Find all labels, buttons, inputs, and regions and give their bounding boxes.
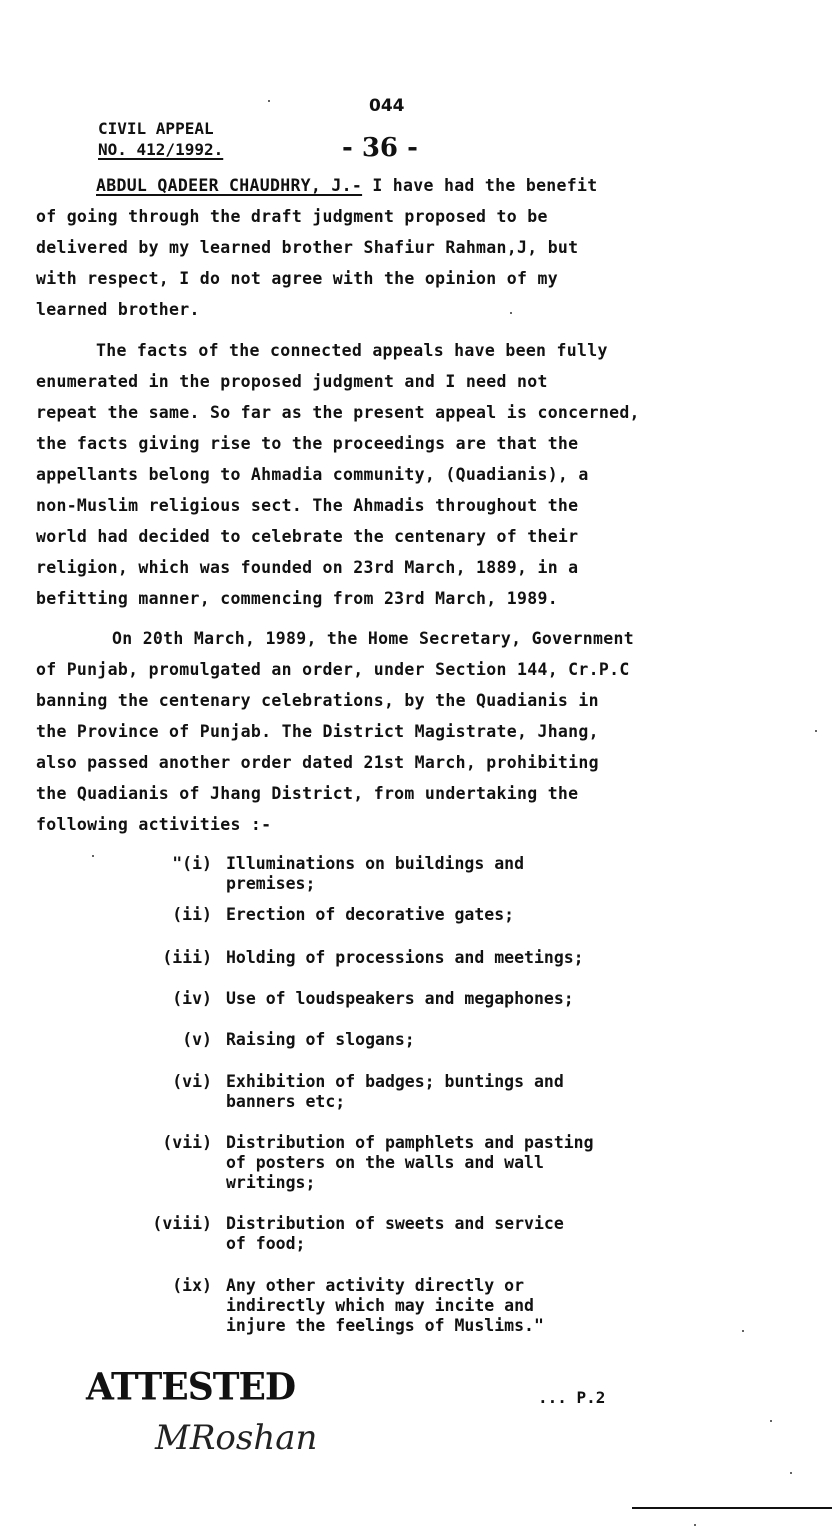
activity-text: Exhibition of badges; buntings and banne… [226, 1072, 564, 1112]
para2-line-6: non-Muslim religious sect. The Ahmadis t… [36, 496, 578, 515]
activity-number: (vii) [132, 1133, 212, 1152]
activity-text: Distribution of pamphlets and pasting of… [226, 1133, 594, 1193]
stamp-number: 044 [369, 96, 405, 116]
continuation-marker: ... P.2 [538, 1388, 605, 1407]
para3-line-2: of Punjab, promulgated an order, under S… [36, 660, 630, 679]
activity-number: (ii) [132, 905, 212, 924]
para3-line-4: the Province of Punjab. The District Mag… [36, 722, 599, 741]
activity-number: (viii) [132, 1214, 212, 1233]
para2-line-7: world had decided to celebrate the cente… [36, 527, 578, 546]
para3-line-1: On 20th March, 1989, the Home Secretary,… [112, 629, 634, 648]
document-page: 044 CIVIL APPEAL NO. 412/1992. - 36 - AB… [0, 0, 840, 1540]
activity-number: (vi) [132, 1072, 212, 1091]
activity-number: (iii) [132, 948, 212, 967]
opening-line-3: delivered by my learned brother Shafiur … [36, 238, 578, 257]
signature: MRoshan [155, 1418, 317, 1458]
para3-line-6: the Quadianis of Jhang District, from un… [36, 784, 578, 803]
activity-text: Any other activity directly or indirectl… [226, 1276, 544, 1336]
case-label-line2: NO. 412/1992. [98, 140, 223, 160]
activity-number: (iv) [132, 989, 212, 1008]
para3-line-5: also passed another order dated 21st Mar… [36, 753, 599, 772]
para3-line-7: following activities :- [36, 815, 271, 834]
scan-speck [742, 1330, 744, 1332]
page-number: - 36 - [342, 133, 418, 163]
scan-speck [815, 730, 817, 732]
scan-speck [694, 1524, 696, 1526]
para2-line-2: enumerated in the proposed judgment and … [36, 372, 548, 391]
para3-line-3: banning the centenary celebrations, by t… [36, 691, 599, 710]
para2-line-3: repeat the same. So far as the present a… [36, 403, 640, 422]
activity-text: Erection of decorative gates; [226, 905, 514, 925]
scan-rule [632, 1507, 832, 1509]
para2-line-1: The facts of the connected appeals have … [96, 341, 608, 360]
opening-line-5: learned brother. [36, 300, 200, 319]
activity-text: Use of loudspeakers and megaphones; [226, 989, 574, 1009]
activity-text: Distribution of sweets and service of fo… [226, 1214, 564, 1254]
opening-line-4: with respect, I do not agree with the op… [36, 269, 558, 288]
scan-speck [268, 100, 270, 102]
case-label-line1: CIVIL APPEAL [98, 119, 214, 139]
activity-text: Raising of slogans; [226, 1030, 415, 1050]
scan-speck [92, 855, 94, 857]
activity-text: Holding of processions and meetings; [226, 948, 584, 968]
attested-stamp: ATTESTED [86, 1365, 295, 1409]
para2-line-9: befitting manner, commencing from 23rd M… [36, 589, 558, 608]
scan-speck [770, 1420, 772, 1422]
para2-line-4: the facts giving rise to the proceedings… [36, 434, 578, 453]
scan-speck [510, 312, 512, 314]
activity-number: (ix) [132, 1276, 212, 1295]
opening-line-1: ABDUL QADEER CHAUDHRY, J.- I have had th… [96, 176, 597, 195]
para2-line-5: appellants belong to Ahmadia community, … [36, 465, 589, 484]
activity-text: Illuminations on buildings and premises; [226, 854, 524, 894]
para2-line-8: religion, which was founded on 23rd Marc… [36, 558, 578, 577]
judge-name: ABDUL QADEER CHAUDHRY, J.- [96, 176, 362, 195]
activity-number: "(i) [132, 854, 212, 873]
scan-speck [790, 1472, 792, 1474]
activity-number: (v) [132, 1030, 212, 1049]
opening-line-2: of going through the draft judgment prop… [36, 207, 548, 226]
